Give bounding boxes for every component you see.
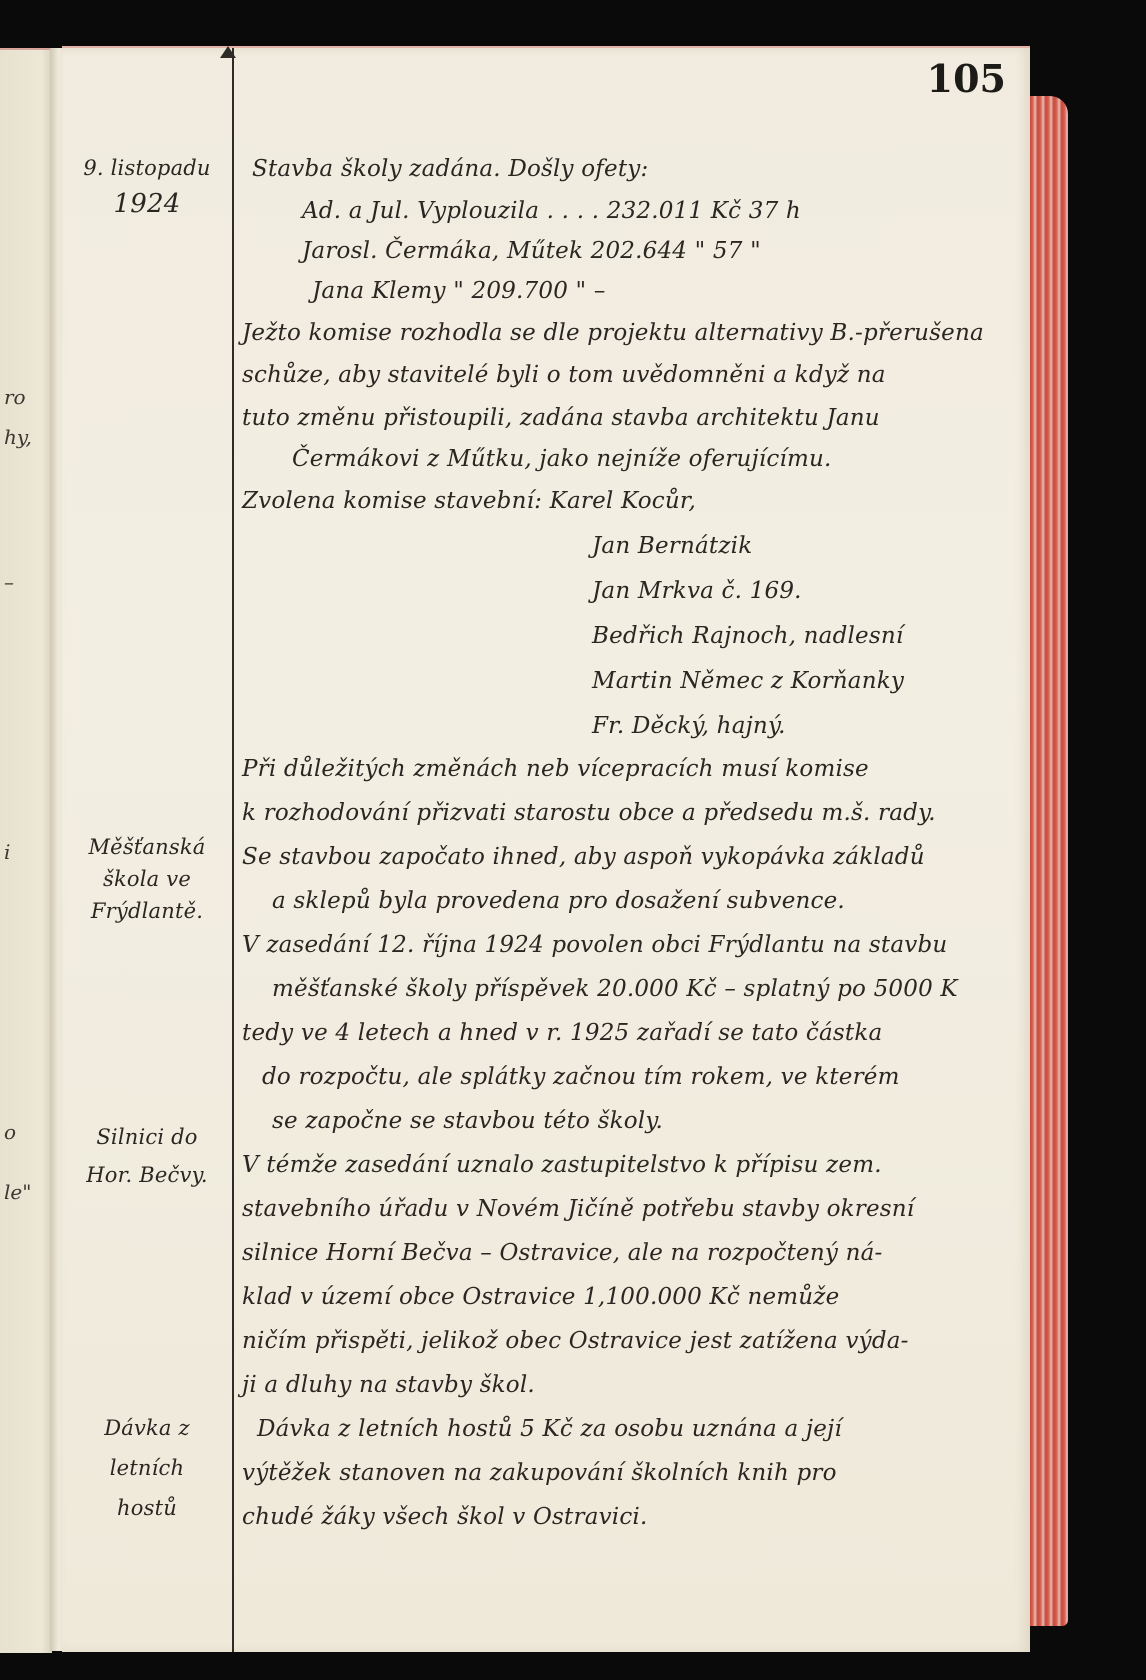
facing-page-fragment: ro [4, 385, 26, 409]
body-line: Čermákovi z Műtku, jako nejníže oferujíc… [292, 446, 832, 472]
margin-note-line: Měšťanská [62, 831, 232, 863]
margin-note-line: letních [62, 1448, 232, 1488]
body-line: Jan Bernátzik [592, 533, 752, 559]
margin-note-school: Měšťanská škola ve Frýdlantě. [62, 831, 232, 927]
body-line: Martin Němec z Korňanky [592, 668, 904, 694]
margin-note-tax: Dávka z letních hostů [62, 1408, 232, 1528]
margin-note-line: škola ve [62, 863, 232, 895]
body-line: se započne se stavbou této školy. [272, 1108, 663, 1134]
body-line: Při důležitých změnách neb vícepracích m… [242, 756, 869, 782]
body-line: stavebního úřadu v Novém Jičíně potřebu … [242, 1196, 914, 1222]
margin-note-line: Hor. Bečvy. [62, 1156, 232, 1194]
facing-page-fragment: i [4, 840, 10, 864]
page-number: 105 [927, 56, 1006, 101]
body-line: klad v území obce Ostravice 1,100.000 Kč… [242, 1284, 839, 1310]
body-line: výtěžek stanoven na zakupování školních … [242, 1460, 837, 1486]
body-line: k rozhodování přizvati starostu obce a p… [242, 800, 936, 826]
facing-page-edge: ro hy, – i o le" [0, 48, 52, 1653]
margin-note-line: 9. listopadu [62, 150, 232, 186]
body-line: a sklepů byla provedena pro dosažení sub… [272, 888, 845, 914]
body-line: V témže zasedání uznalo zastupitelstvo k… [242, 1152, 882, 1178]
body-line: silnice Horní Bečva – Ostravice, ale na … [242, 1240, 882, 1266]
body-line: Se stavbou započato ihned, aby aspoň vyk… [242, 844, 925, 870]
body-line: V zasedání 12. října 1924 povolen obci F… [242, 932, 947, 958]
body-line: ji a dluhy na stavby škol. [242, 1372, 535, 1398]
body-line: ničím přispěti, jelikož obec Ostravice j… [242, 1328, 909, 1354]
body-line: tedy ve 4 letech a hned v r. 1925 zařadí… [242, 1020, 882, 1046]
facing-page-fragment: le" [4, 1180, 31, 1204]
margin-note-road: Silnici do Hor. Bečvy. [62, 1118, 232, 1194]
margin-note-line: Frýdlantě. [62, 895, 232, 927]
body-line: do rozpočtu, ale splátky začnou tím roke… [262, 1064, 900, 1090]
body-line: Jan Mrkva č. 169. [592, 578, 802, 604]
body-line: Jana Klemy " 209.700 " – [312, 278, 606, 304]
body-line: Bedřich Rajnoch, nadlesní [592, 623, 903, 649]
body-line: měšťanské školy příspěvek 20.000 Kč – sp… [272, 976, 958, 1002]
margin-note-line: 1924 [62, 186, 232, 222]
arrow-up-icon [220, 46, 236, 58]
body-line: Ad. a Jul. Vyplouzila . . . . 232.011 Kč… [302, 198, 801, 224]
body-line: chudé žáky všech škol v Ostravici. [242, 1504, 648, 1530]
body-line: Stavba školy zadána. Došly ofety: [252, 156, 648, 182]
ledger-page: 105 9. listopadu 1924 Měšťanská škola ve… [62, 46, 1030, 1652]
facing-page-fragment: hy, [4, 425, 32, 449]
margin-note-line: hostů [62, 1488, 232, 1528]
margin-note-date: 9. listopadu 1924 [62, 150, 232, 222]
body-line: schůze, aby stavitelé byli o tom uvědomn… [242, 362, 886, 388]
body-line: Ježto komise rozhodla se dle projektu al… [242, 320, 984, 346]
margin-note-line: Silnici do [62, 1118, 232, 1156]
margin-note-line: Dávka z [62, 1408, 232, 1448]
facing-page-fragment: o [4, 1120, 16, 1144]
body-line: tuto změnu přistoupili, zadána stavba ar… [242, 405, 880, 431]
facing-page-fragment: – [4, 570, 14, 594]
body-line: Jarosl. Čermáka, Műtek 202.644 " 57 " [302, 238, 761, 264]
body-line: Zvolena komise stavební: Karel Kocůr, [242, 488, 696, 514]
body-line: Fr. Děcký, hajný. [592, 713, 786, 739]
body-line: Dávka z letních hostů 5 Kč za osobu uzná… [257, 1416, 842, 1442]
margin-rule [232, 48, 234, 1652]
